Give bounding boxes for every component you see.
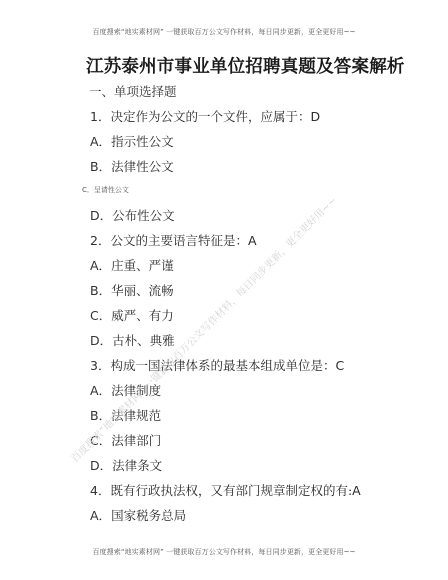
question-4: 4．既有行政执法权，又有部门规章制定权的有:A xyxy=(90,481,361,499)
option-2d: D．古朴、典雅 xyxy=(90,331,175,349)
option-text: 指示性公文 xyxy=(111,134,174,149)
question-answer: D xyxy=(310,109,320,124)
option-label: B． xyxy=(90,408,111,423)
footer-note: 百度搜索“地实素材网” 一键获取百万公文写作材料，每日同步更新，更全更好用~~ xyxy=(0,547,448,557)
option-text: 法律条文 xyxy=(112,458,162,473)
option-label: C． xyxy=(82,186,94,194)
option-2c: C．威严、有力 xyxy=(90,306,174,324)
section-heading: 一、单项选择题 xyxy=(89,82,177,100)
option-1c: C．呈请性公文 xyxy=(82,185,129,195)
option-1b: B．法律性公文 xyxy=(90,157,174,175)
option-label: D． xyxy=(90,208,112,223)
question-1: 1．决定作为公文的一个文件，应属于：D xyxy=(90,107,320,125)
option-3b: B．法律规范 xyxy=(90,406,161,424)
question-number: 3． xyxy=(90,358,110,373)
header-note: 百度搜索“地实素材网” 一键获取百万公文写作材料，每日同步更新，更全更好用~~ xyxy=(0,27,448,37)
option-1d: D．公布性公文 xyxy=(90,206,175,224)
option-label: A． xyxy=(90,508,111,523)
question-text: 决定作为公文的一个文件，应属于： xyxy=(110,109,310,124)
option-text: 法律部门 xyxy=(111,433,161,448)
question-text: 公文的主要语言特征是： xyxy=(110,233,248,248)
option-label: C． xyxy=(90,433,111,448)
option-text: 国家税务总局 xyxy=(111,508,186,523)
option-text: 法律制度 xyxy=(111,383,161,398)
option-3c: C．法律部门 xyxy=(90,431,161,449)
question-text: 既有行政执法权，又有部门规章制定权的有: xyxy=(110,483,352,498)
option-2a: A．庄重、严谨 xyxy=(90,256,174,274)
option-text: 法律规范 xyxy=(111,408,161,423)
option-2b: B．华丽、流畅 xyxy=(90,281,174,299)
option-text: 威严、有力 xyxy=(111,308,174,323)
option-text: 庄重、严谨 xyxy=(111,258,174,273)
question-number: 2． xyxy=(90,233,110,248)
question-number: 1． xyxy=(90,109,110,124)
option-label: A． xyxy=(90,134,111,149)
question-answer: C xyxy=(335,358,344,373)
option-3d: D．法律条文 xyxy=(90,456,162,474)
option-4a: A．国家税务总局 xyxy=(90,506,186,524)
option-text: 华丽、流畅 xyxy=(111,283,174,298)
option-text: 呈请性公文 xyxy=(94,186,129,194)
question-3: 3．构成一国法律体系的最基本组成单位是：C xyxy=(90,356,344,374)
option-label: B． xyxy=(90,159,111,174)
document-page: 百度搜索“地实素材网” 一键获取百万公文写作材料，每日同步更新，更全更好用~~ … xyxy=(0,0,448,580)
option-text: 公布性公文 xyxy=(112,208,175,223)
option-label: B． xyxy=(90,283,111,298)
option-label: A． xyxy=(90,258,111,273)
option-1a: A．指示性公文 xyxy=(90,132,174,150)
option-label: D． xyxy=(90,458,112,473)
question-answer: A xyxy=(248,233,257,248)
option-text: 古朴、典雅 xyxy=(112,333,175,348)
option-label: C． xyxy=(90,308,111,323)
option-text: 法律性公文 xyxy=(111,159,174,174)
option-label: D． xyxy=(90,333,112,348)
question-answer: A xyxy=(352,483,361,498)
option-label: A． xyxy=(90,383,111,398)
option-3a: A．法律制度 xyxy=(90,381,161,399)
question-number: 4． xyxy=(90,483,110,498)
document-title: 江苏泰州市事业单位招聘真题及答案解析 xyxy=(86,53,366,78)
question-text: 构成一国法律体系的最基本组成单位是： xyxy=(110,358,335,373)
question-2: 2．公文的主要语言特征是：A xyxy=(90,231,257,249)
